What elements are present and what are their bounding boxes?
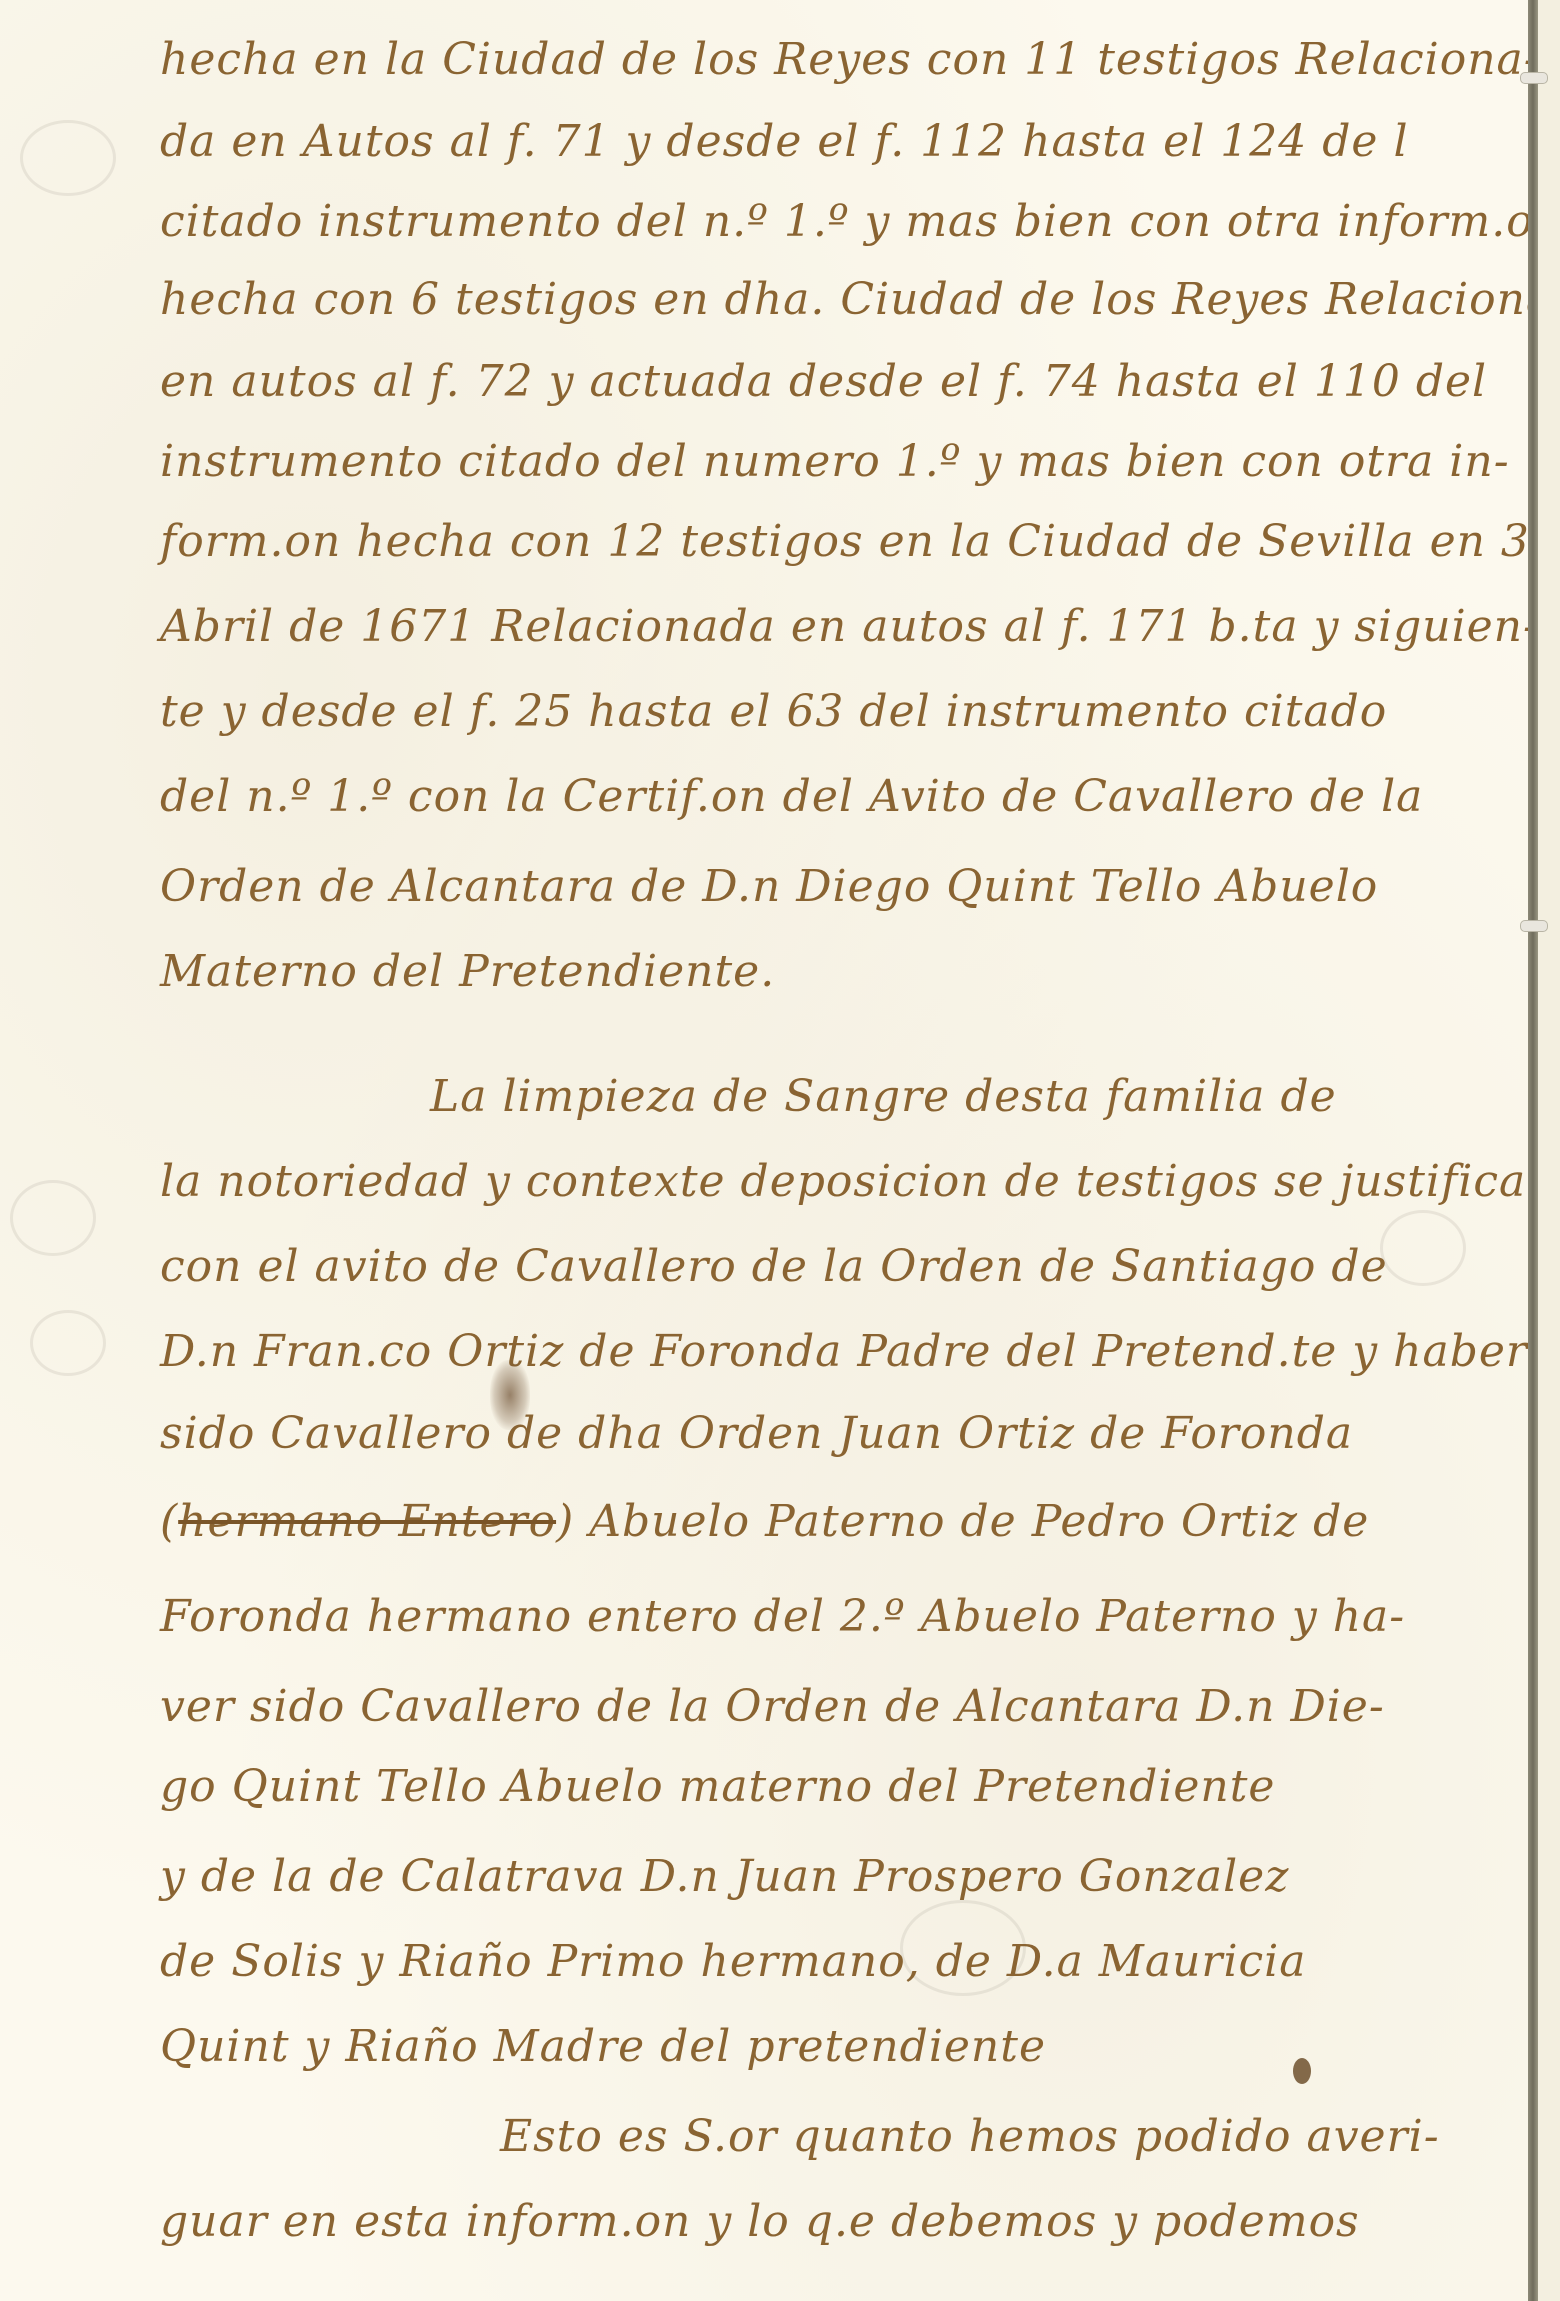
facing-page-edge [1538,0,1560,2301]
text-line-12: Materno del Pretendiente. [160,950,775,994]
text-line-5: en autos al f. 72 y actuada desde el f. … [160,360,1487,404]
text-line-11: Orden de Alcantara de D.n Diego Quint Te… [160,865,1378,909]
text-line-19: Foronda hermano entero del 2.º Abuelo Pa… [160,1595,1405,1639]
bleed-through-mark [20,120,116,196]
text-line-17: sido Cavallero de dha Orden Juan Ortiz d… [160,1412,1353,1456]
text-line-6: instrumento citado del numero 1.º y mas … [160,440,1510,484]
text-line-22: y de la de Calatrava D.n Juan Prospero G… [160,1855,1289,1899]
binding-thread [1520,920,1548,932]
manuscript-page: hecha en la Ciudad de los Reyes con 11 t… [0,0,1528,2301]
text-line-2: da en Autos al f. 71 y desde el f. 112 h… [160,120,1409,164]
text-line-14: la notoriedad y contexte deposicion de t… [160,1160,1526,1204]
text-line-13-paragraph-start: La limpieza de Sangre desta familia de [430,1075,1337,1119]
text-line-23: de Solis y Riaño Primo hermano, de D.a M… [160,1940,1306,1984]
bleed-through-mark [10,1180,96,1256]
text-line-7: form.on hecha con 12 testigos en la Ciud… [160,520,1560,564]
parenthesis-open: ( [160,1496,178,1547]
text-line-15: con el avito de Cavallero de la Orden de… [160,1245,1388,1289]
line-18-remainder: ) Abuelo Paterno de Pedro Ortiz de [556,1496,1369,1547]
text-line-26: guar en esta inform.on y lo q.e debemos … [160,2200,1360,2244]
binding-thread [1520,72,1548,84]
ink-blot [490,1360,530,1430]
text-line-8: Abril de 1671 Relacionada en autos al f.… [160,605,1539,649]
text-line-10: del n.º 1.º con la Certif.on del Avito d… [160,775,1423,819]
ink-blot [1293,2058,1311,2084]
text-line-4: hecha con 6 testigos en dha. Ciudad de l… [160,278,1560,322]
page-binding-edge [1528,0,1538,2301]
text-line-3: citado instrumento del n.º 1.º y mas bie… [160,200,1560,244]
struck-through-text: hermano Entero [178,1496,556,1547]
text-line-24: Quint y Riaño Madre del pretendiente [160,2025,1046,2069]
text-line-21: go Quint Tello Abuelo materno del Preten… [160,1765,1275,1809]
bleed-through-mark [1380,1210,1466,1286]
text-line-18: (hermano Entero) Abuelo Paterno de Pedro… [160,1500,1369,1544]
text-line-1: hecha en la Ciudad de los Reyes con 11 t… [160,38,1540,82]
text-line-9: te y desde el f. 25 hasta el 63 del inst… [160,690,1387,734]
text-line-20: ver sido Cavallero de la Orden de Alcant… [160,1685,1385,1729]
bleed-through-mark [30,1310,106,1376]
text-line-16: D.n Fran.co Ortiz de Foronda Padre del P… [160,1330,1528,1374]
text-line-25-paragraph-start: Esto es S.or quanto hemos podido averi- [500,2115,1440,2159]
